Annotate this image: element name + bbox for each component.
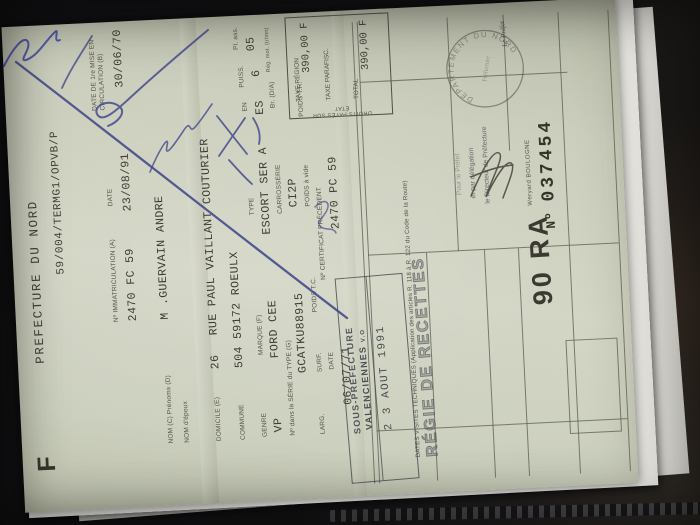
certificat-value: 2470 PC 59 xyxy=(326,156,343,230)
mise-circulation-value: 30/06/70 xyxy=(111,29,127,88)
stamp-suffix: V.O xyxy=(360,328,367,342)
puissance-value: 6 xyxy=(250,69,263,77)
date-value: 23/08/91 xyxy=(119,153,135,212)
rue-value: RUE PAUL VAILLANT COUTURIER xyxy=(198,138,221,336)
immatriculation-value: 2470 FC 59 xyxy=(123,248,140,322)
serie-value: GCATKU88915 xyxy=(293,292,310,373)
commune-label: COMMUNE xyxy=(238,404,247,440)
date-label: DATE xyxy=(107,188,115,206)
genre-label: GENRE xyxy=(261,413,269,437)
marque-label: MARQUE (F) xyxy=(256,314,265,355)
serial-number: Nº 037454 xyxy=(536,118,561,229)
surface-label: SURF. xyxy=(316,352,324,372)
printer-mark: Weryard BOULOGNE xyxy=(525,139,534,205)
poids-vide-label: POIDS à vide xyxy=(303,165,312,207)
domicile-label: DOMICILE (E) xyxy=(214,397,223,442)
carrosserie-value: CI2P xyxy=(286,178,300,208)
carrosserie-label: CARROSSERIE xyxy=(275,164,284,214)
tax-box: DROITS PAYÉS SUR ÉTAT TAXE RÉGION 390,00… xyxy=(284,12,393,119)
regime-label: Rég. mot. (tr/mn) xyxy=(264,27,272,72)
table-row-line-2 xyxy=(484,250,496,478)
energie-value: ES xyxy=(253,100,267,115)
tax-side-label: DROITS PAYÉS SUR ÉTAT xyxy=(311,103,374,118)
page-title: PREFECTURE DU NORD xyxy=(26,200,48,364)
nom-label: NOM (C) Prénoms (D) xyxy=(165,375,175,444)
commune-value: 504 59172 ROEULX xyxy=(228,251,247,368)
form-letter: F xyxy=(33,456,63,473)
poids-tc-label: POIDS T.C. xyxy=(310,277,319,313)
signature-line3: le Directeur de Préfecture xyxy=(481,126,492,204)
taxe-region-value: 390,00 F xyxy=(299,22,313,73)
round-stamp-ring-text: DÉPARTEMENT DU NORD xyxy=(442,26,521,110)
type-value: ESCORT SER A xyxy=(257,147,274,235)
departement-nord-round-stamp: DÉPARTEMENT DU NORD Préfecture xyxy=(437,21,533,117)
stamp-line1: SOUS-PRÉFECTURE xyxy=(344,326,363,434)
date2-label: DATE xyxy=(328,352,336,370)
photo-frame: F PREFECTURE DU NORD 59/004/TERMG1/OPVB/… xyxy=(0,0,700,525)
bruit-label: Br. (D/A) xyxy=(268,81,276,108)
signature-line1: Pour le Préfet xyxy=(454,153,463,195)
certificat-label: Nº CERTIFICAT PRÉCÉDENT xyxy=(316,187,328,280)
domicile-numero: 26 xyxy=(209,354,223,369)
serial-digits: 037454 xyxy=(536,118,560,202)
immatriculation-label: Nº IMMATRICULATION (A) xyxy=(109,239,120,322)
largeur-label: LARG. xyxy=(319,413,327,434)
total-value: 390,00 F xyxy=(358,19,372,70)
places-value: 05 xyxy=(244,36,258,51)
taxe-parafisc-label: TAXE PARAFISC. xyxy=(323,48,333,100)
serial-prefix: Nº xyxy=(543,211,559,229)
mise-circulation-label: DATE DE 1re MISE EN CIRCULATION (B) xyxy=(88,32,108,111)
genre-value: VP xyxy=(272,417,286,432)
marque-value: FORD CEE xyxy=(266,300,282,359)
type-label: TYPE xyxy=(248,197,256,215)
energie-label: EN xyxy=(241,102,248,112)
dossier-code: 59/004/TERMG1/OPVB/P xyxy=(49,130,68,274)
places-label: Pl. ass. xyxy=(232,27,240,50)
stamp-line2: VALENCIENNES xyxy=(357,346,374,431)
nom-value: M .GUERVAIN ANDRE xyxy=(153,195,172,320)
puissance-label: PUISS. xyxy=(238,65,246,88)
svg-text:DÉPARTEMENT DU NORD: DÉPARTEMENT DU NORD xyxy=(442,26,521,110)
round-stamp-center-text: Préfecture xyxy=(481,56,491,82)
registration-document: F PREFECTURE DU NORD 59/004/TERMG1/OPVB/… xyxy=(1,0,638,513)
table-cell-box xyxy=(565,338,622,434)
nom-epoux-label: NOM d'époux xyxy=(182,401,191,443)
signature-line2: et par délégation xyxy=(468,148,477,199)
